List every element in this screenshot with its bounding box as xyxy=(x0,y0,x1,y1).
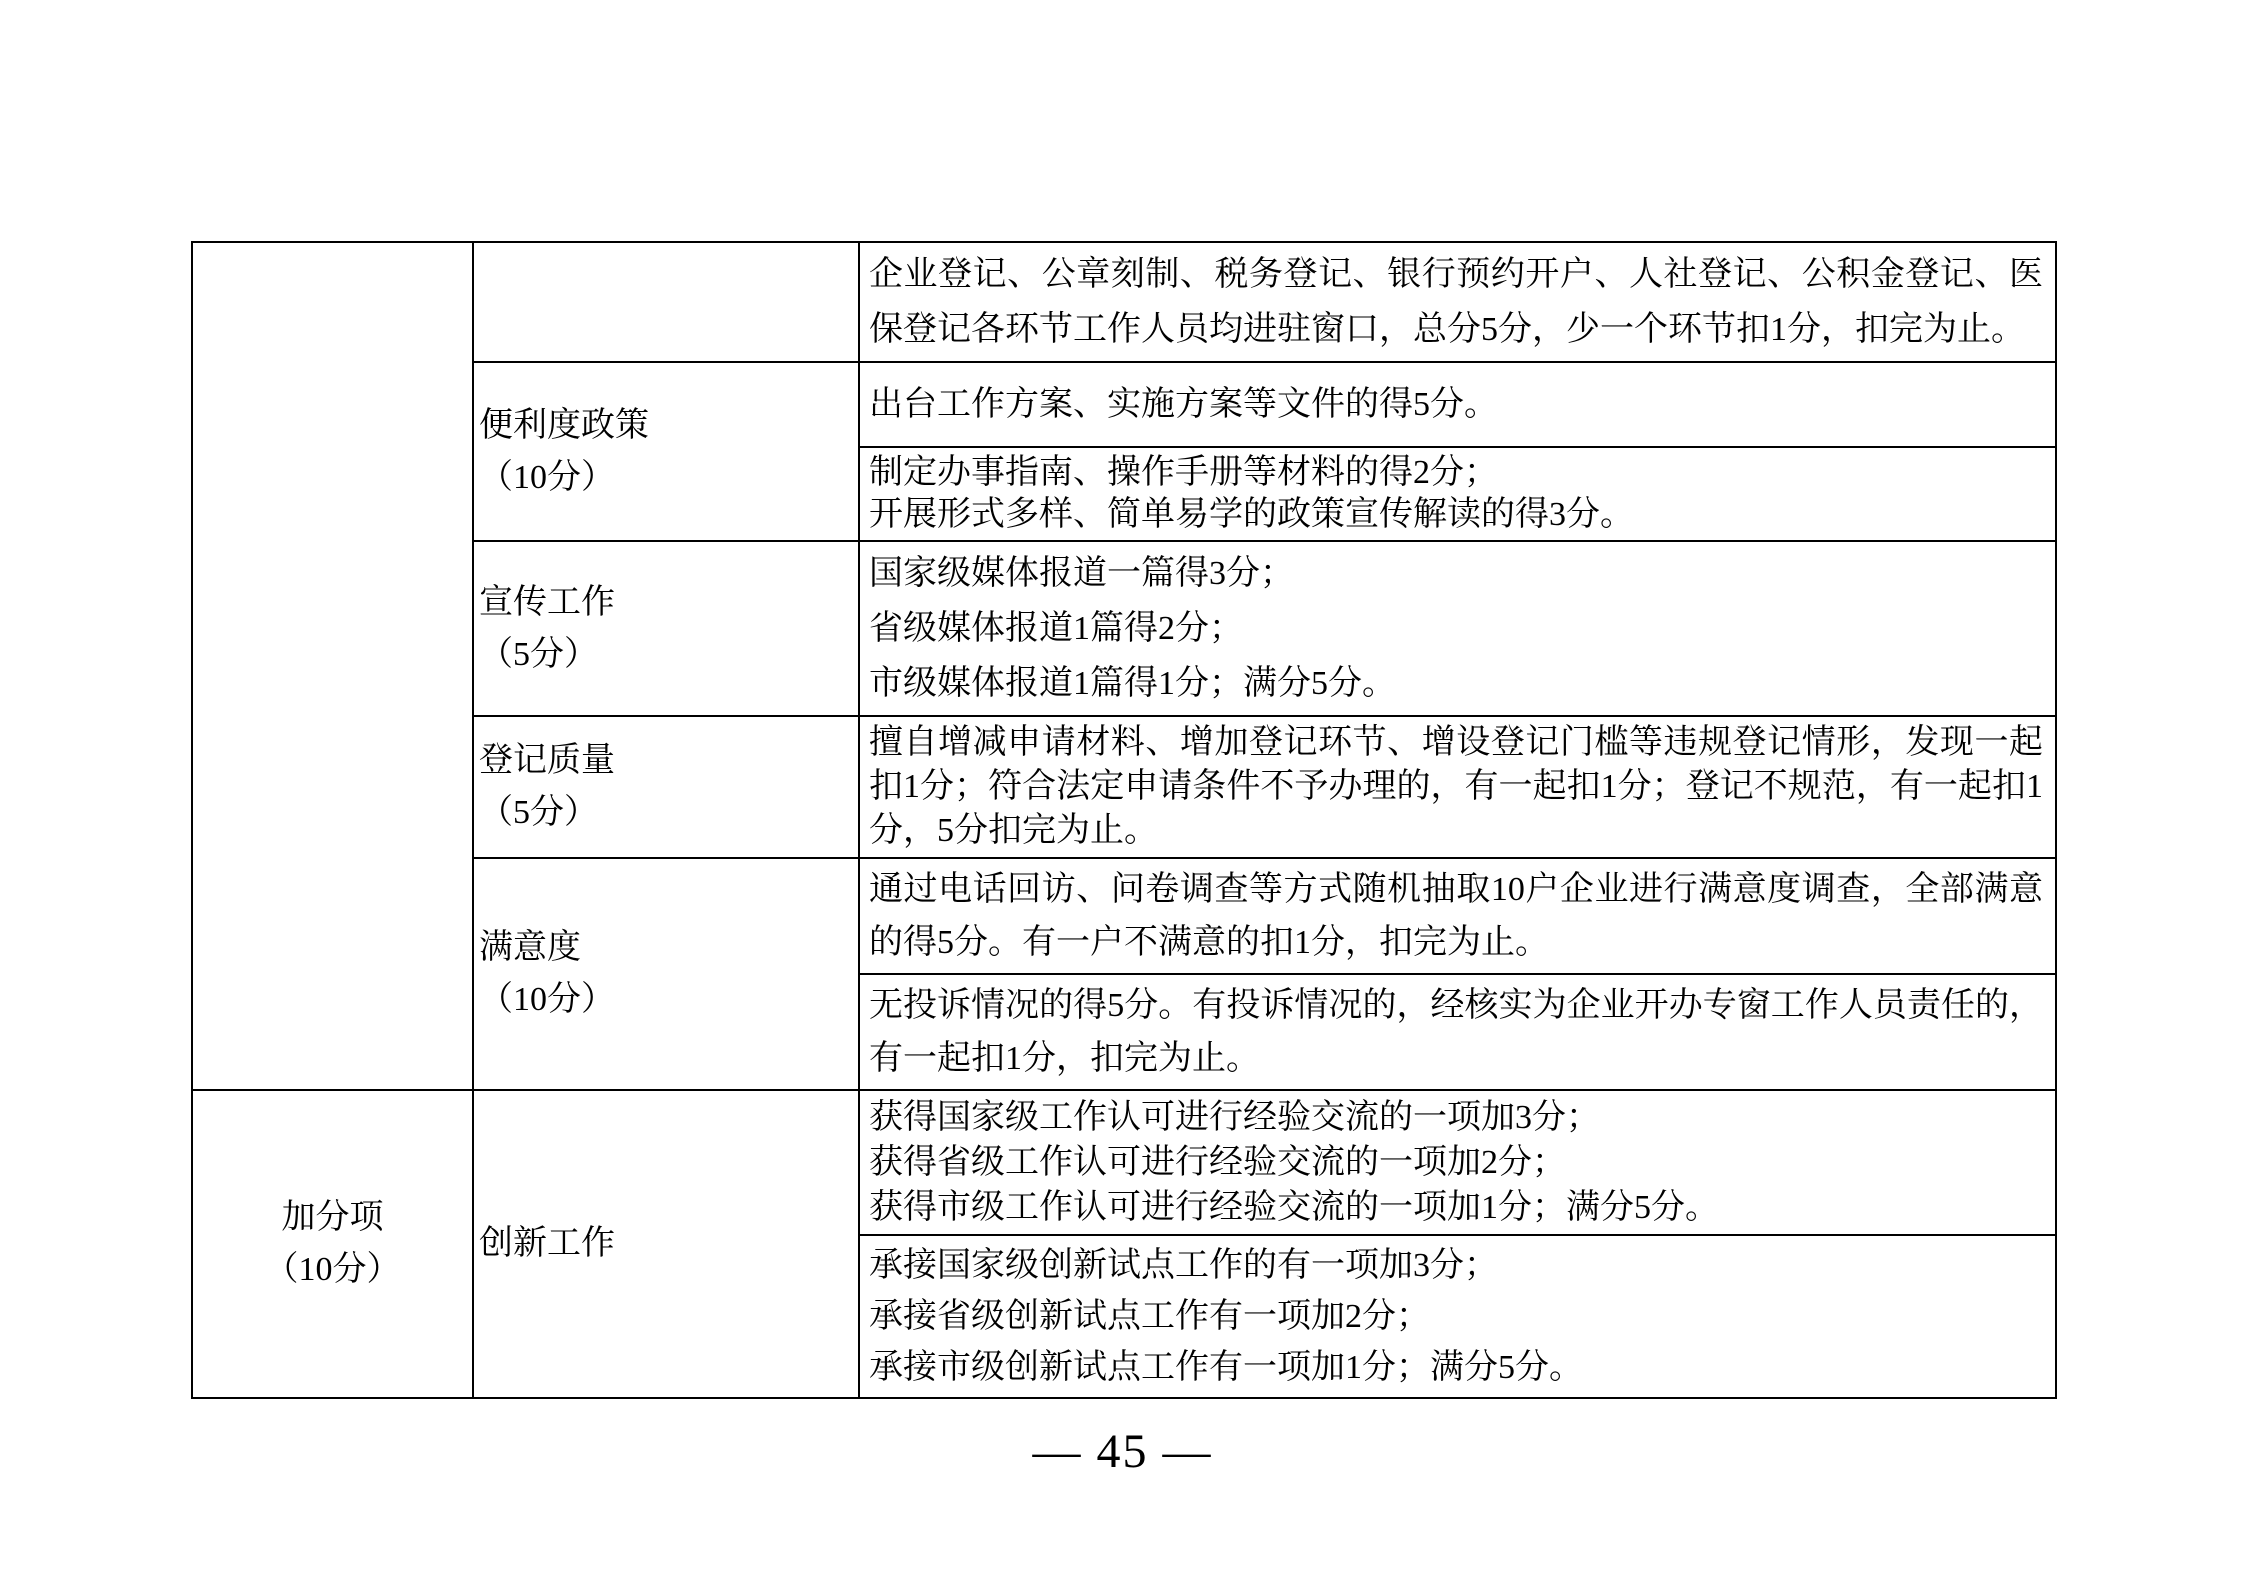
criteria-cell-window-staffing: 企业登记、公章刻制、税务登记、银行预约开户、人社登记、公积金登记、医保登记各环节… xyxy=(859,242,2056,362)
category-cell-bonus-items: 加分项 （10分） xyxy=(192,1090,473,1398)
criteria-cell-experience-exchange: 获得国家级工作认可进行经验交流的一项加3分； 获得省级工作认可进行经验交流的一项… xyxy=(859,1090,2056,1235)
group-cell-continued xyxy=(473,242,859,362)
category-cell-continued xyxy=(192,242,473,1090)
criteria-cell-registration-violations: 擅自增减申请材料、增加登记环节、增设登记门槛等违规登记情形，发现一起扣1分；符合… xyxy=(859,716,2056,858)
group-cell-convenience-policy: 便利度政策 （10分） xyxy=(473,362,859,541)
scoring-criteria-table: 企业登记、公章刻制、税务登记、银行预约开户、人社登记、公积金登记、医保登记各环节… xyxy=(191,241,2057,1399)
criteria-cell-media-reports: 国家级媒体报道一篇得3分； 省级媒体报道1篇得2分； 市级媒体报道1篇得1分；满… xyxy=(859,541,2056,716)
group-cell-innovation-work: 创新工作 xyxy=(473,1090,859,1398)
table-row: 加分项 （10分） 创新工作 获得国家级工作认可进行经验交流的一项加3分； 获得… xyxy=(192,1090,2056,1235)
criteria-cell-work-plans: 出台工作方案、实施方案等文件的得5分。 xyxy=(859,362,2056,447)
group-cell-satisfaction: 满意度 （10分） xyxy=(473,858,859,1090)
criteria-cell-satisfaction-survey: 通过电话回访、问卷调查等方式随机抽取10户企业进行满意度调查，全部满意的得5分。… xyxy=(859,858,2056,974)
page-number: — 45 — xyxy=(0,1424,2245,1480)
criteria-cell-complaints: 无投诉情况的得5分。有投诉情况的，经核实为企业开办专窗工作人员责任的，有一起扣1… xyxy=(859,974,2056,1090)
group-cell-registration-quality: 登记质量 （5分） xyxy=(473,716,859,858)
group-cell-publicity-work: 宣传工作 （5分） xyxy=(473,541,859,716)
criteria-cell-pilot-projects: 承接国家级创新试点工作的有一项加3分； 承接省级创新试点工作有一项加2分； 承接… xyxy=(859,1235,2056,1398)
criteria-cell-guides-publicity: 制定办事指南、操作手册等材料的得2分； 开展形式多样、简单易学的政策宣传解读的得… xyxy=(859,447,2056,541)
table-row: 企业登记、公章刻制、税务登记、银行预约开户、人社登记、公积金登记、医保登记各环节… xyxy=(192,242,2056,362)
